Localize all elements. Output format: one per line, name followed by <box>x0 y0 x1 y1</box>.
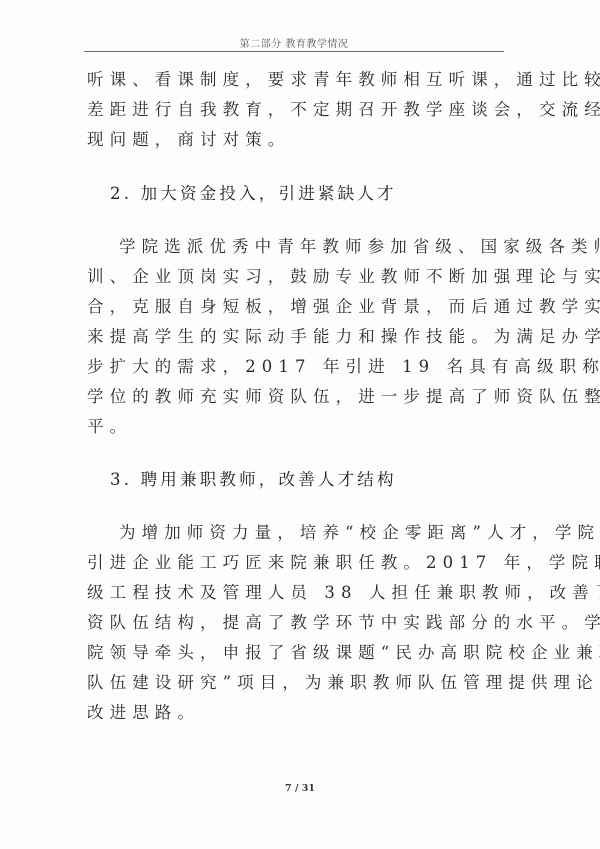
paragraph-line: 引进企业能工巧匠来院兼职任教。2017 年，学院聘用企业高 <box>87 548 507 578</box>
spacer <box>87 495 507 518</box>
intro-paragraph: 听课、看课制度，要求青年教师相互听课，通过比较，发现 差距进行自我教育，不定期召… <box>87 65 507 155</box>
section-3-paragraph: 为增加师资力量，培养“校企零距离”人才，学院合理 引进企业能工巧匠来院兼职任教。… <box>87 518 507 728</box>
paragraph-line: 学院选派优秀中青年教师参加省级、国家级各类师资培 <box>87 232 507 262</box>
spacer <box>87 155 507 179</box>
paragraph-line: 平。 <box>87 412 507 442</box>
section-heading-3: 3. 聘用兼职教师，改善人才结构 <box>87 465 507 495</box>
paragraph-line: 步扩大的需求，2017 年引进 19 名具有高级职称和硕士以上 <box>87 352 507 382</box>
body-text: 听课、看课制度，要求青年教师相互听课，通过比较，发现 差距进行自我教育，不定期召… <box>87 65 507 728</box>
document-page: 第二部分 教育教学情况 听课、看课制度，要求青年教师相互听课，通过比较，发现 差… <box>0 0 600 849</box>
running-header: 第二部分 教育教学情况 <box>84 35 504 50</box>
paragraph-line: 现问题，商讨对策。 <box>87 125 507 155</box>
paragraph-line: 为增加师资力量，培养“校企零距离”人才，学院合理 <box>87 518 507 548</box>
header-rule <box>84 51 504 52</box>
paragraph-line: 训、企业顶岗实习，鼓励专业教师不断加强理论与实践的结 <box>87 262 507 292</box>
paragraph-line: 学位的教师充实师资队伍，进一步提高了师资队伍整体水 <box>87 382 507 412</box>
page-number: 7 / 31 <box>0 783 600 794</box>
section-heading-2: 2. 加大资金投入，引进紧缺人才 <box>87 179 507 209</box>
paragraph-line: 资队伍结构，提高了教学环节中实践部分的水平。学院还由 <box>87 608 507 638</box>
paragraph-line: 合，克服自身短板，增强企业背景，而后通过教学实践环节 <box>87 292 507 322</box>
paragraph-line: 级工程技术及管理人员 38 人担任兼职教师，改善了我院师 <box>87 578 507 608</box>
section-2-paragraph: 学院选派优秀中青年教师参加省级、国家级各类师资培 训、企业顶岗实习，鼓励专业教师… <box>87 232 507 442</box>
spacer <box>87 442 507 465</box>
paragraph-line: 改进思路。 <box>87 698 507 728</box>
paragraph-line: 差距进行自我教育，不定期召开教学座谈会，交流经验，发 <box>87 95 507 125</box>
paragraph-line: 听课、看课制度，要求青年教师相互听课，通过比较，发现 <box>87 65 507 95</box>
paragraph-line: 队伍建设研究”项目，为兼职教师队伍管理提供理论支持和 <box>87 668 507 698</box>
paragraph-line: 来提高学生的实际动手能力和操作技能。为满足办学规模稳 <box>87 322 507 352</box>
paragraph-line: 院领导牵头，申报了省级课题“民办高职院校企业兼职教师 <box>87 638 507 668</box>
spacer <box>87 209 507 232</box>
